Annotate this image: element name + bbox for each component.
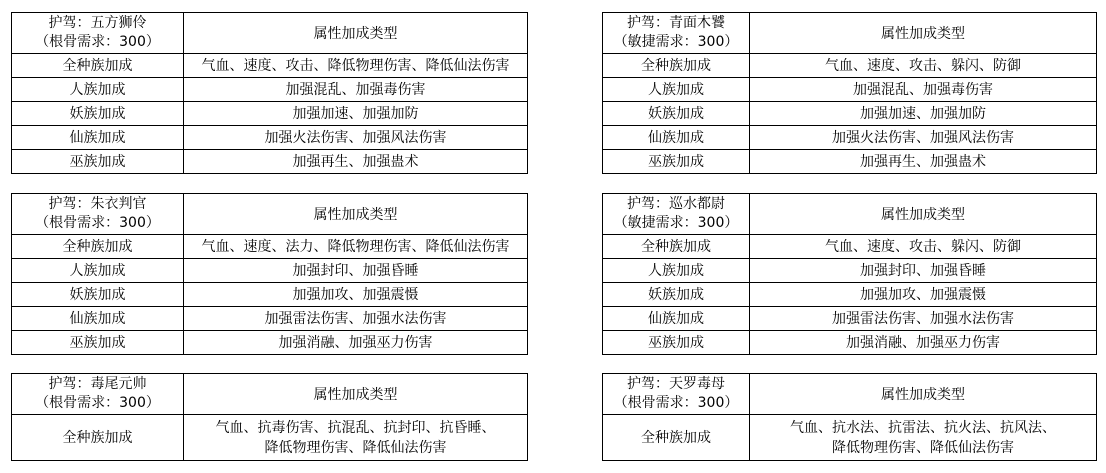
table-row: 巫族加成 加强消融、加强巫力伤害 bbox=[12, 331, 528, 355]
race-label: 巫族加成 bbox=[603, 331, 750, 355]
escort-header-cell: 护驾：五方狮伶 （根骨需求：300） bbox=[12, 13, 184, 54]
escort-table-duweiyuanshuai: 护驾：毒尾元帅 （根骨需求：300） 属性加成类型 全种族加成 气血、抗毒伤害、… bbox=[11, 373, 528, 461]
table-row: 全种族加成 气血、速度、攻击、躲闪、防御 bbox=[603, 235, 1097, 259]
race-label: 巫族加成 bbox=[603, 150, 750, 174]
race-label: 全种族加成 bbox=[603, 54, 750, 78]
race-label: 全种族加成 bbox=[12, 54, 184, 78]
bonus-type-header: 属性加成类型 bbox=[184, 374, 528, 415]
bonus-value: 气血、速度、攻击、降低物理伤害、降低仙法伤害 bbox=[184, 54, 528, 78]
bonus-value: 加强雷法伤害、加强水法伤害 bbox=[750, 307, 1097, 331]
race-label: 全种族加成 bbox=[603, 235, 750, 259]
bonus-type-header: 属性加成类型 bbox=[184, 13, 528, 54]
bonus-value: 加强加速、加强加防 bbox=[184, 102, 528, 126]
bonus-value: 加强封印、加强昏睡 bbox=[750, 259, 1097, 283]
bonus-value: 气血、抗毒伤害、抗混乱、抗封印、抗昏睡、 降低物理伤害、降低仙法伤害 bbox=[184, 415, 528, 461]
race-label: 人族加成 bbox=[603, 259, 750, 283]
table-header-row: 护驾：天罗毒母 （根骨需求：300） 属性加成类型 bbox=[603, 374, 1097, 415]
table-row: 全种族加成 气血、速度、法力、降低物理伤害、降低仙法伤害 bbox=[12, 235, 528, 259]
bonus-value: 气血、抗水法、抗雷法、抗火法、抗风法、 降低物理伤害、降低仙法伤害 bbox=[750, 415, 1097, 461]
escort-header-cell: 护驾：巡水都尉 （敏捷需求：300） bbox=[603, 194, 750, 235]
escort-requirement: （根骨需求：300） bbox=[16, 394, 179, 413]
table-row: 人族加成 加强封印、加强昏睡 bbox=[12, 259, 528, 283]
table-header-row: 护驾：朱衣判官 （根骨需求：300） 属性加成类型 bbox=[12, 194, 528, 235]
bonus-value: 气血、速度、攻击、躲闪、防御 bbox=[750, 54, 1097, 78]
table-header-row: 护驾：毒尾元帅 （根骨需求：300） 属性加成类型 bbox=[12, 374, 528, 415]
race-label: 巫族加成 bbox=[12, 331, 184, 355]
race-label: 巫族加成 bbox=[12, 150, 184, 174]
race-label: 全种族加成 bbox=[12, 415, 184, 461]
table-row: 巫族加成 加强再生、加强蛊术 bbox=[603, 150, 1097, 174]
bonus-value: 加强再生、加强蛊术 bbox=[184, 150, 528, 174]
bonus-value: 气血、速度、法力、降低物理伤害、降低仙法伤害 bbox=[184, 235, 528, 259]
escort-requirement: （根骨需求：300） bbox=[16, 214, 179, 233]
table-header-row: 护驾：巡水都尉 （敏捷需求：300） 属性加成类型 bbox=[603, 194, 1097, 235]
table-row: 巫族加成 加强再生、加强蛊术 bbox=[12, 150, 528, 174]
table-row: 妖族加成 加强加攻、加强震慑 bbox=[12, 283, 528, 307]
bonus-value: 加强火法伤害、加强风法伤害 bbox=[750, 126, 1097, 150]
escort-name: 护驾：巡水都尉 bbox=[607, 195, 745, 214]
table-row: 人族加成 加强混乱、加强毒伤害 bbox=[603, 78, 1097, 102]
bonus-value: 加强加攻、加强震慑 bbox=[750, 283, 1097, 307]
bonus-value: 加强加速、加强加防 bbox=[750, 102, 1097, 126]
table-row: 妖族加成 加强加攻、加强震慑 bbox=[603, 283, 1097, 307]
table-row: 全种族加成 气血、抗毒伤害、抗混乱、抗封印、抗昏睡、 降低物理伤害、降低仙法伤害 bbox=[12, 415, 528, 461]
race-label: 人族加成 bbox=[603, 78, 750, 102]
race-label: 人族加成 bbox=[12, 259, 184, 283]
table-header-row: 护驾：青面木饕 （敏捷需求：300） 属性加成类型 bbox=[603, 13, 1097, 54]
escort-header-cell: 护驾：毒尾元帅 （根骨需求：300） bbox=[12, 374, 184, 415]
race-label: 仙族加成 bbox=[12, 126, 184, 150]
bonus-value: 加强再生、加强蛊术 bbox=[750, 150, 1097, 174]
escort-name: 护驾：天罗毒母 bbox=[607, 375, 745, 394]
escort-table-zhuyipanguan: 护驾：朱衣判官 （根骨需求：300） 属性加成类型 全种族加成 气血、速度、法力… bbox=[11, 193, 528, 355]
bonus-value: 加强封印、加强昏睡 bbox=[184, 259, 528, 283]
escort-name: 护驾：朱衣判官 bbox=[16, 195, 179, 214]
bonus-value: 加强混乱、加强毒伤害 bbox=[184, 78, 528, 102]
escort-bonus-sheet: 护驾：五方狮伶 （根骨需求：300） 属性加成类型 全种族加成 气血、速度、攻击… bbox=[0, 0, 1106, 473]
table-row: 人族加成 加强封印、加强昏睡 bbox=[603, 259, 1097, 283]
escort-requirement: （敏捷需求：300） bbox=[607, 214, 745, 233]
escort-name: 护驾：毒尾元帅 bbox=[16, 375, 179, 394]
table-header-row: 护驾：五方狮伶 （根骨需求：300） 属性加成类型 bbox=[12, 13, 528, 54]
table-row: 仙族加成 加强雷法伤害、加强水法伤害 bbox=[12, 307, 528, 331]
escort-name: 护驾：青面木饕 bbox=[607, 14, 745, 33]
race-label: 妖族加成 bbox=[603, 283, 750, 307]
table-row: 全种族加成 气血、速度、攻击、躲闪、防御 bbox=[603, 54, 1097, 78]
table-row: 人族加成 加强混乱、加强毒伤害 bbox=[12, 78, 528, 102]
bonus-value: 加强加攻、加强震慑 bbox=[184, 283, 528, 307]
table-row: 仙族加成 加强雷法伤害、加强水法伤害 bbox=[603, 307, 1097, 331]
bonus-value: 加强混乱、加强毒伤害 bbox=[750, 78, 1097, 102]
race-label: 妖族加成 bbox=[12, 102, 184, 126]
escort-table-tianluodumu: 护驾：天罗毒母 （根骨需求：300） 属性加成类型 全种族加成 气血、抗水法、抗… bbox=[602, 373, 1097, 461]
table-row: 仙族加成 加强火法伤害、加强风法伤害 bbox=[12, 126, 528, 150]
bonus-value: 加强雷法伤害、加强水法伤害 bbox=[184, 307, 528, 331]
bonus-value: 气血、速度、攻击、躲闪、防御 bbox=[750, 235, 1097, 259]
table-row: 全种族加成 气血、速度、攻击、降低物理伤害、降低仙法伤害 bbox=[12, 54, 528, 78]
race-label: 人族加成 bbox=[12, 78, 184, 102]
race-label: 全种族加成 bbox=[603, 415, 750, 461]
escort-header-cell: 护驾：天罗毒母 （根骨需求：300） bbox=[603, 374, 750, 415]
escort-table-xunshuiduwei: 护驾：巡水都尉 （敏捷需求：300） 属性加成类型 全种族加成 气血、速度、攻击… bbox=[602, 193, 1097, 355]
escort-table-wufangshiling: 护驾：五方狮伶 （根骨需求：300） 属性加成类型 全种族加成 气血、速度、攻击… bbox=[11, 12, 528, 174]
escort-header-cell: 护驾：朱衣判官 （根骨需求：300） bbox=[12, 194, 184, 235]
table-row: 巫族加成 加强消融、加强巫力伤害 bbox=[603, 331, 1097, 355]
escort-name: 护驾：五方狮伶 bbox=[16, 14, 179, 33]
bonus-type-header: 属性加成类型 bbox=[750, 194, 1097, 235]
race-label: 全种族加成 bbox=[12, 235, 184, 259]
bonus-type-header: 属性加成类型 bbox=[750, 13, 1097, 54]
race-label: 妖族加成 bbox=[12, 283, 184, 307]
bonus-value: 加强消融、加强巫力伤害 bbox=[184, 331, 528, 355]
escort-requirement: （敏捷需求：300） bbox=[607, 33, 745, 52]
table-row: 仙族加成 加强火法伤害、加强风法伤害 bbox=[603, 126, 1097, 150]
bonus-value: 加强消融、加强巫力伤害 bbox=[750, 331, 1097, 355]
escort-table-qingmianmutao: 护驾：青面木饕 （敏捷需求：300） 属性加成类型 全种族加成 气血、速度、攻击… bbox=[602, 12, 1097, 174]
escort-requirement: （根骨需求：300） bbox=[607, 394, 745, 413]
table-row: 妖族加成 加强加速、加强加防 bbox=[603, 102, 1097, 126]
table-row: 全种族加成 气血、抗水法、抗雷法、抗火法、抗风法、 降低物理伤害、降低仙法伤害 bbox=[603, 415, 1097, 461]
escort-requirement: （根骨需求：300） bbox=[16, 33, 179, 52]
race-label: 妖族加成 bbox=[603, 102, 750, 126]
bonus-type-header: 属性加成类型 bbox=[184, 194, 528, 235]
race-label: 仙族加成 bbox=[12, 307, 184, 331]
bonus-value: 加强火法伤害、加强风法伤害 bbox=[184, 126, 528, 150]
race-label: 仙族加成 bbox=[603, 126, 750, 150]
race-label: 仙族加成 bbox=[603, 307, 750, 331]
table-row: 妖族加成 加强加速、加强加防 bbox=[12, 102, 528, 126]
bonus-type-header: 属性加成类型 bbox=[750, 374, 1097, 415]
escort-header-cell: 护驾：青面木饕 （敏捷需求：300） bbox=[603, 13, 750, 54]
